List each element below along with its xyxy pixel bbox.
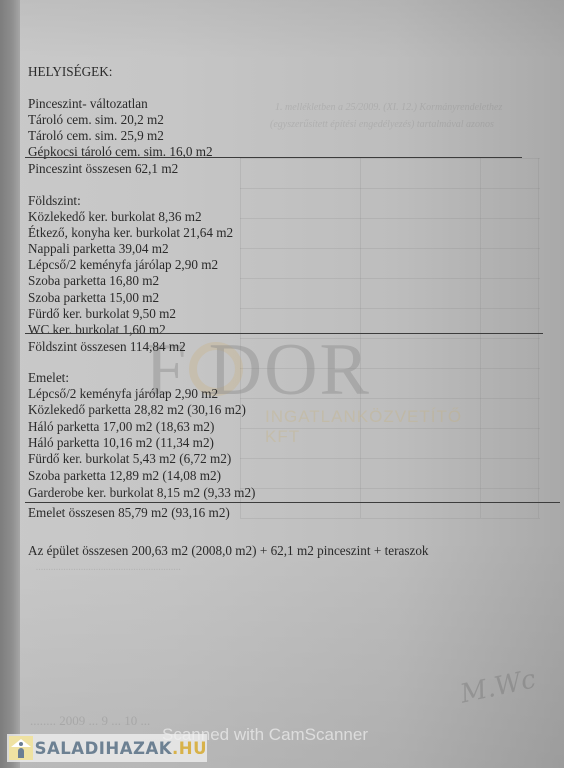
room-item: Tároló cem. sim. 20,2 m2	[28, 112, 164, 128]
site-tld: .HU	[172, 739, 207, 758]
room-item: Háló parketta 17,00 m2 (18,63 m2)	[28, 419, 214, 435]
section-title-ground-floor: Földszint:	[28, 193, 81, 209]
room-item: Háló parketta 10,16 m2 (11,34 m2)	[28, 435, 214, 451]
bleed-through-footer: ........ 2009 ... 9 ... 10 ...	[30, 713, 150, 729]
room-item: Garderobe ker. burkolat 8,15 m2 (9,33 m2…	[28, 485, 255, 501]
section-title-basement: Pinceszint- változatlan	[28, 96, 148, 112]
bleed-through-text: 1. mellékletben a 25/2009. (XI. 12.) Kor…	[275, 102, 502, 113]
room-item: Lépcső/2 keményfa járólap 2,90 m2	[28, 386, 218, 402]
section-title-upper-floor: Emelet:	[28, 370, 69, 386]
bleed-through-text: (egyszerűsített építési engedélyezés) ta…	[270, 119, 494, 130]
room-item: Nappali parketta 39,04 m2	[28, 241, 169, 257]
room-item: Lépcső/2 keményfa járólap 2,90 m2	[28, 257, 218, 273]
section-total-basement: Pinceszint összesen 62,1 m2	[28, 161, 178, 177]
room-item: Étkező, konyha ker. burkolat 21,64 m2	[28, 225, 233, 241]
section-total-upper-floor: Emelet összesen 85,79 m2 (93,16 m2)	[28, 505, 230, 521]
divider-line	[25, 157, 522, 158]
room-item: Közlekedő parketta 28,82 m2 (30,16 m2)	[28, 402, 246, 418]
divider-line	[25, 502, 560, 503]
room-item: WC ker. burkolat 1,60 m2	[28, 322, 166, 338]
divider-line	[25, 333, 543, 334]
room-item: Közlekedő ker. burkolat 8,36 m2	[28, 209, 202, 225]
document-heading: HELYISÉGEK:	[28, 64, 112, 80]
room-item: Szoba parketta 12,89 m2 (14,08 m2)	[28, 468, 221, 484]
room-item: Fürdő ker. burkolat 5,43 m2 (6,72 m2)	[28, 451, 231, 467]
watermark-subtitle: INGATLANKÖZVETÍTŐ KFT	[265, 407, 462, 447]
house-icon	[9, 736, 15, 760]
paper-shading-top	[20, 0, 564, 60]
site-badge[interactable]: CSALADIHAZAK.HU	[7, 734, 207, 762]
room-item: Fürdő ker. burkolat 9,50 m2	[28, 306, 176, 322]
site-name: CSALADIHAZAK	[22, 739, 172, 758]
site-badge-label: CSALADIHAZAK.HU	[22, 739, 207, 758]
section-total-ground-floor: Földszint összesen 114,84 m2	[28, 339, 186, 355]
room-item: Tároló cem. sim. 25,9 m2	[28, 128, 164, 144]
page-edge	[0, 0, 20, 768]
room-item: Szoba parketta 15,00 m2	[28, 290, 159, 306]
room-item: Szoba parketta 16,80 m2	[28, 273, 159, 289]
